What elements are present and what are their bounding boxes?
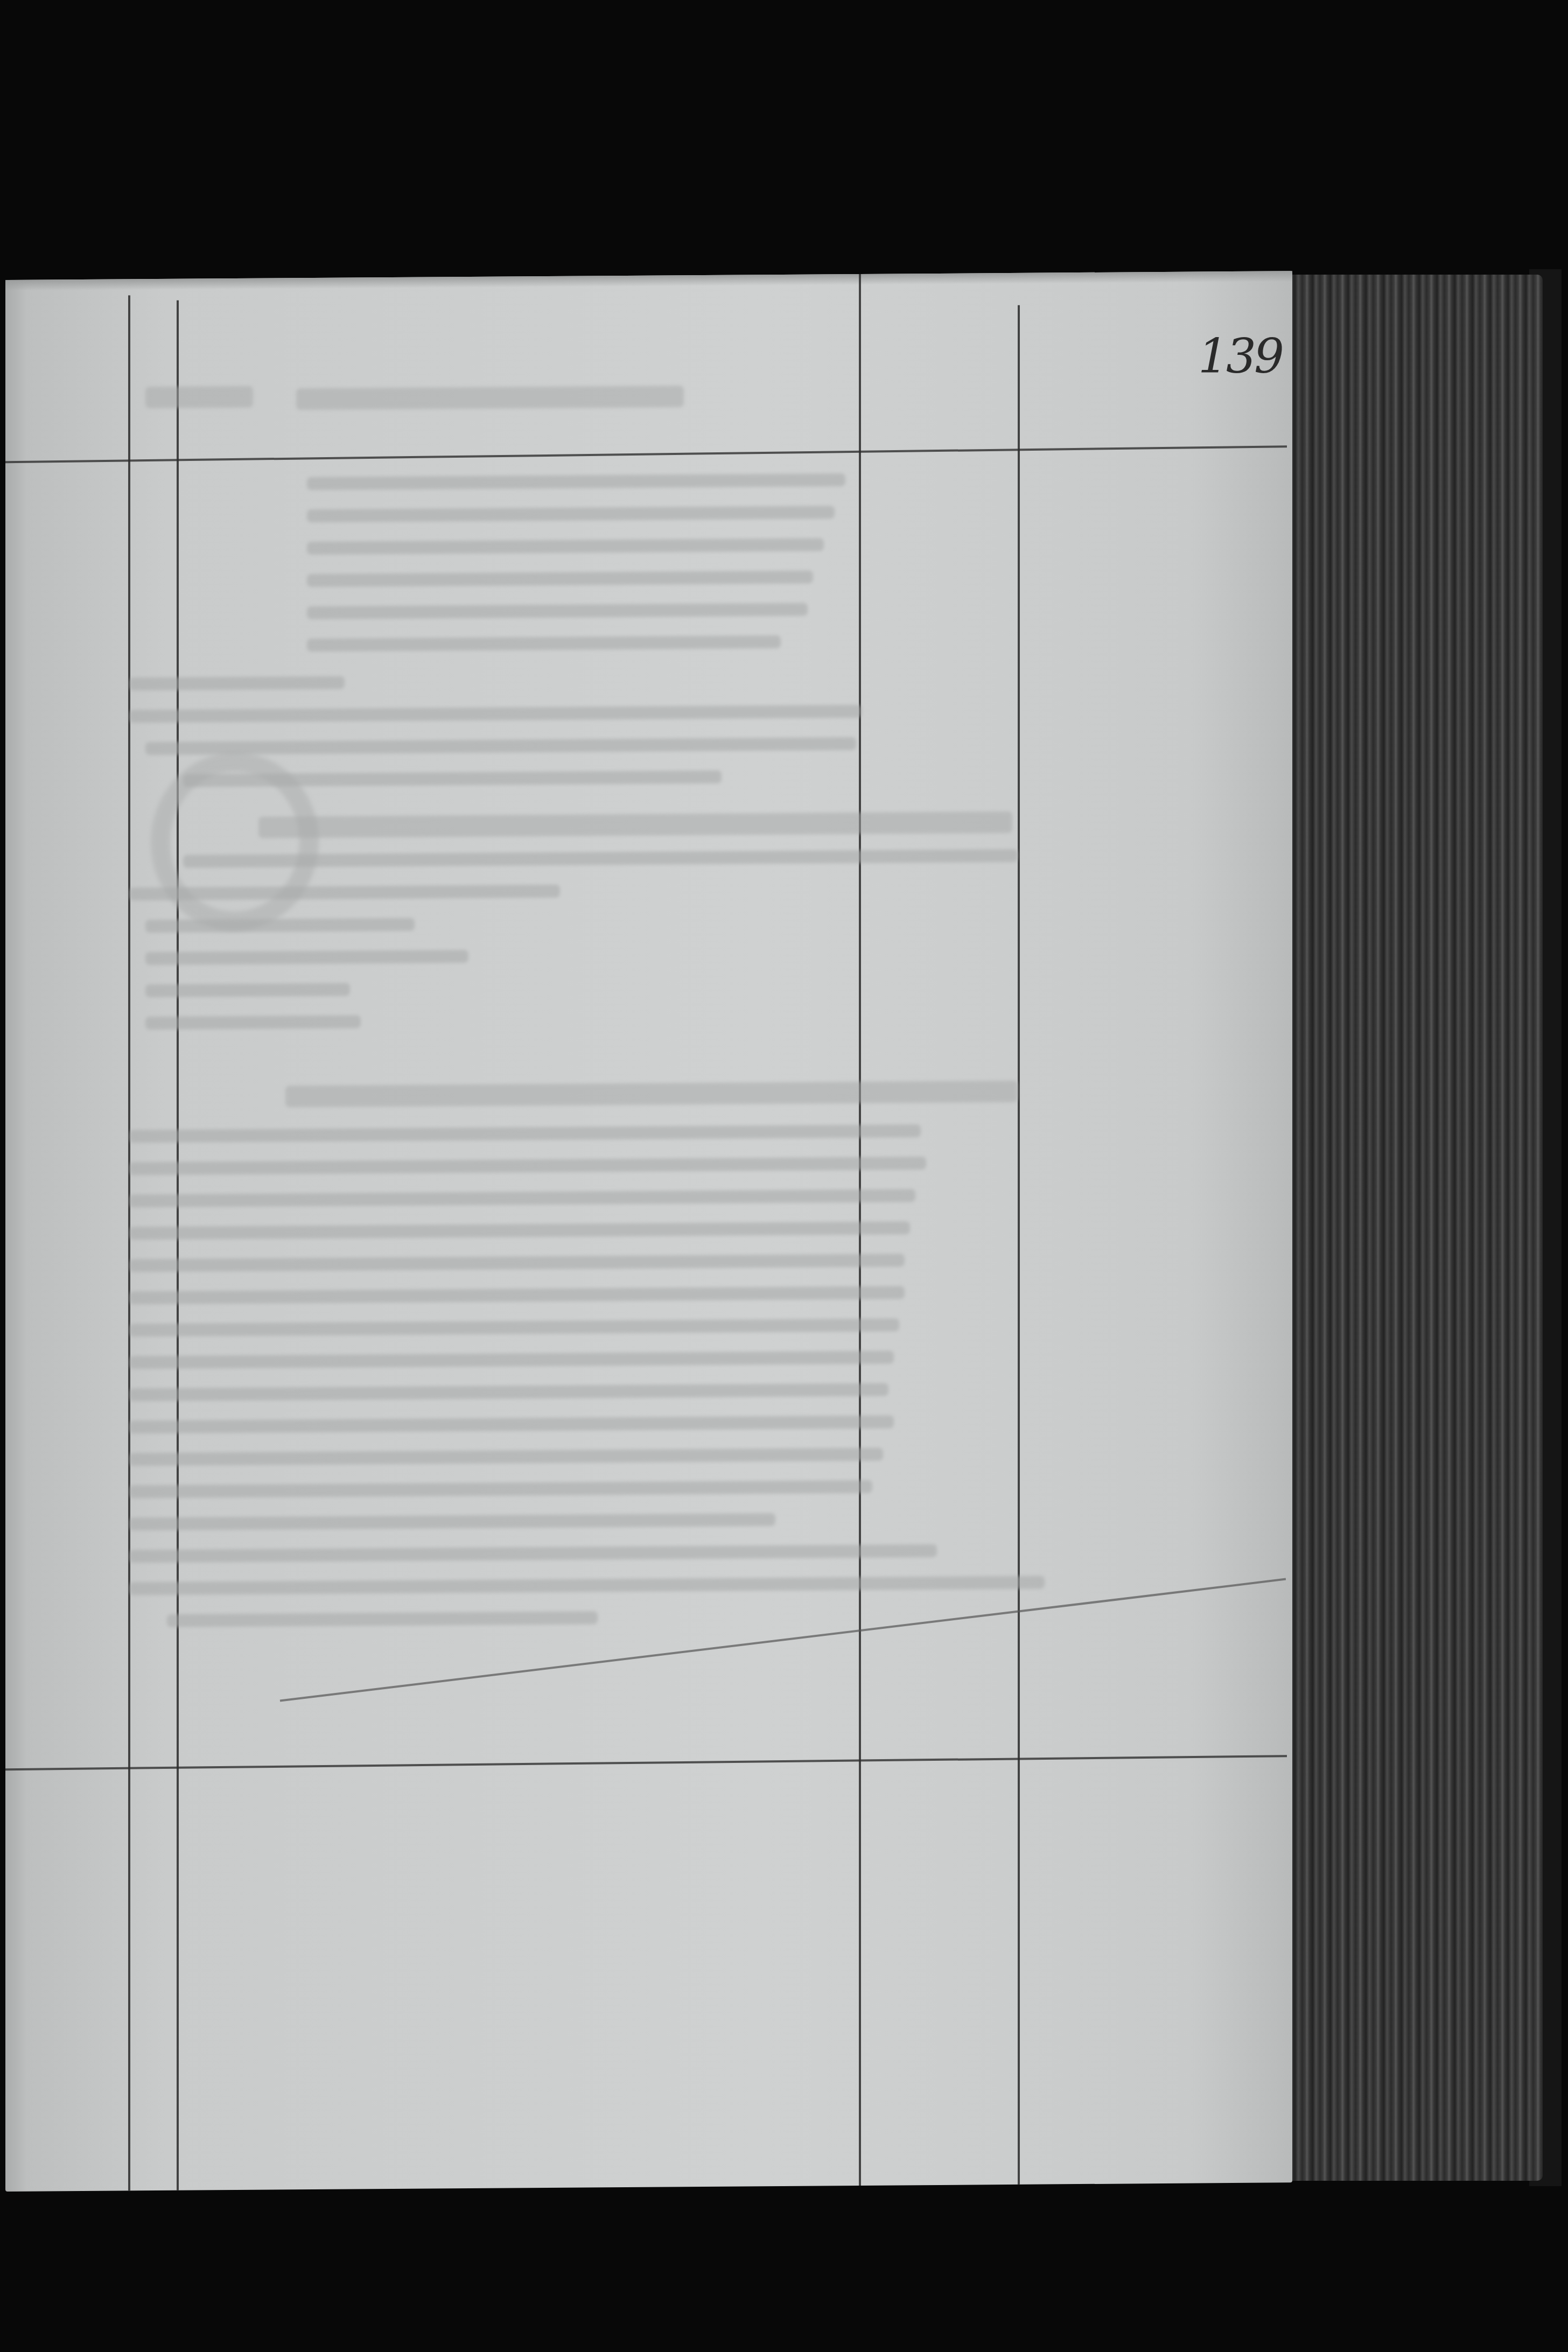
bleed-through-heading: [258, 811, 1012, 838]
bleed-through-line: [129, 1513, 775, 1530]
bleed-through-line: [129, 1415, 894, 1433]
bleed-through-line: [129, 1157, 926, 1175]
bleed-through-heading: [285, 1081, 1018, 1107]
bleed-through-line: [129, 1383, 888, 1402]
bleed-through-line: [307, 603, 808, 619]
diagonal-stroke: [280, 1578, 1286, 1702]
bleed-through-line: [307, 473, 845, 490]
bleed-through-line: [129, 1448, 883, 1466]
bleed-through-line: [129, 1286, 905, 1304]
bleed-through-line: [129, 1480, 872, 1499]
bleed-through-line: [307, 571, 813, 587]
bleed-through-line: [129, 885, 560, 901]
bleed-through-line: [307, 538, 824, 555]
bleed-through-line: [145, 983, 350, 998]
ruling-right: [1018, 305, 1020, 2185]
manuscript-page: [5, 271, 1292, 2192]
bleed-through-line: [145, 950, 468, 965]
bleed-through-line: [129, 1189, 915, 1207]
ruling-bottom: [5, 1755, 1287, 1770]
bleed-through-line: [145, 737, 856, 755]
bleed-through-line: [145, 1015, 361, 1030]
bleed-through-line: [296, 386, 684, 410]
bleed-through-line: [129, 705, 862, 723]
bleed-through-line: [307, 635, 781, 652]
ruling-left-outer: [128, 295, 130, 2190]
bleed-through-line: [307, 506, 835, 522]
ruling-left-inner: [177, 300, 179, 2190]
bleed-through-line: [129, 1544, 937, 1563]
bleed-through-line: [129, 1318, 899, 1336]
bleed-through-line: [129, 676, 345, 691]
folio-number: 139: [1198, 328, 1282, 384]
page-block-edge: [1284, 275, 1543, 2181]
bleed-through-line: [129, 1350, 894, 1369]
ruling-top: [5, 445, 1287, 463]
bleed-through-line: [145, 918, 415, 933]
bleed-through-line: [129, 1124, 921, 1143]
bleed-through-line: [129, 1254, 905, 1272]
bleed-through-line: [145, 386, 253, 408]
bleed-through-line: [167, 1611, 598, 1627]
bleed-through-line: [129, 1576, 1045, 1595]
bleed-through-line: [129, 1221, 910, 1240]
